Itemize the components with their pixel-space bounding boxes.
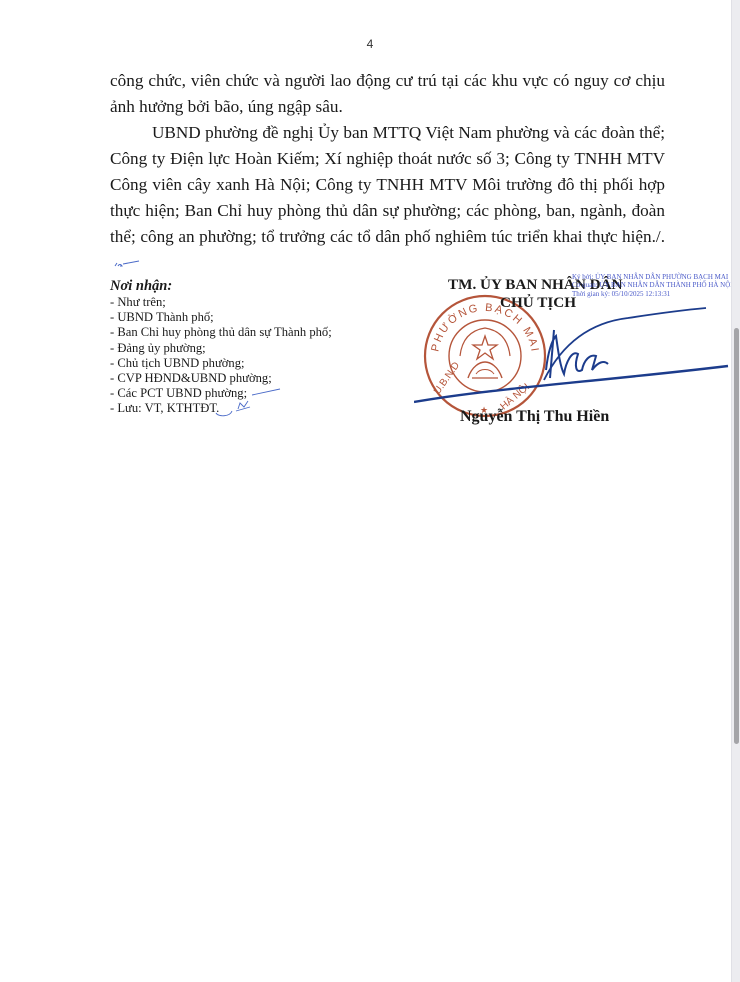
pen-stroke-icon — [252, 387, 282, 397]
scrollbar-thumb[interactable] — [734, 328, 739, 744]
recipients-title: Nơi nhận: — [110, 278, 410, 295]
document-body: công chức, viên chức và người lao động c… — [110, 68, 665, 276]
signature-block: PHƯỜNG BẠCH MAI U.B.N.D HÀ NỘI ★ TM. ỦY … — [420, 270, 740, 440]
initials-mark-icon — [114, 260, 140, 268]
recipient-item: - UBND Thành phố; — [110, 310, 410, 325]
page-number: 4 — [0, 37, 740, 51]
recipient-item-text: - Các PCT UBND phường; — [110, 386, 247, 400]
recipients-list: Nơi nhận: - Như trên; - UBND Thành phố; … — [110, 278, 410, 417]
initials-mark-icon — [214, 399, 254, 419]
recipient-item-text: - Lưu: VT, KTHTĐT. — [110, 401, 219, 415]
recipient-item: - Như trên; — [110, 295, 410, 310]
signer-name: Nguyễn Thị Thu Hiền — [460, 408, 609, 426]
recipient-item: - Chủ tịch UBND phường; — [110, 356, 410, 371]
paragraph-request: UBND phường đề nghị Ủy ban MTTQ Việt Nam… — [110, 120, 665, 276]
paragraph-continuation: công chức, viên chức và người lao động c… — [110, 68, 665, 120]
recipient-item: - Các PCT UBND phường; — [110, 386, 410, 401]
recipient-item: - CVP HĐND&UBND phường; — [110, 371, 410, 386]
recipient-item: - Lưu: VT, KTHTĐT. — [110, 401, 410, 416]
recipient-item: - Ban Chỉ huy phòng thủ dân sự Thành phố… — [110, 325, 410, 340]
paragraph-request-text: UBND phường đề nghị Ủy ban MTTQ Việt Nam… — [110, 123, 665, 246]
recipient-item: - Đảng ủy phường; — [110, 341, 410, 356]
